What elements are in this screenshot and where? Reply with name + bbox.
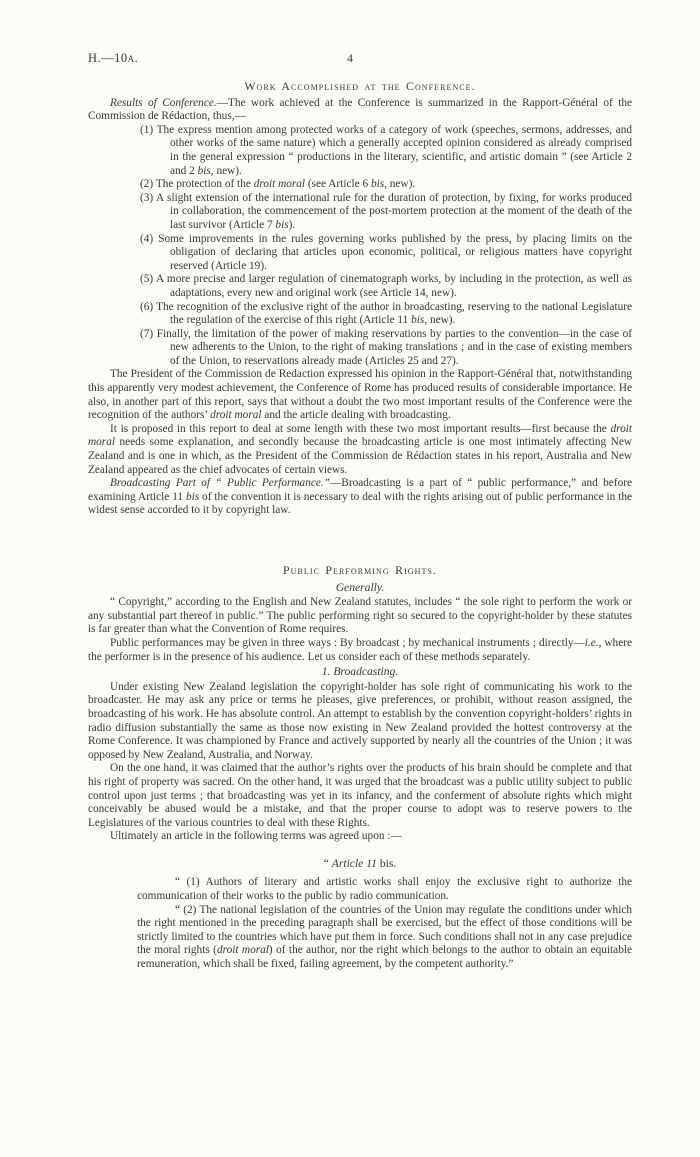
list-item-text: A more precise and larger regulation of … bbox=[156, 273, 632, 299]
list-item-text: A slight extension of the international … bbox=[156, 192, 632, 231]
paragraph-ultimately-agreed: Ultimately an article in the following t… bbox=[88, 830, 632, 844]
paragraph-under-existing-legislation: Under existing New Zealand legislation t… bbox=[88, 681, 632, 763]
list-item-6: (6) The recognition of the exclusive rig… bbox=[88, 301, 632, 328]
page-header: H.—10a. 4 bbox=[88, 52, 632, 70]
document-page: H.—10a. 4 Work Accomplished at the Confe… bbox=[0, 0, 700, 1157]
page-number: 4 bbox=[88, 52, 612, 66]
results-list: (1) The express mention among protected … bbox=[88, 124, 632, 369]
quote-heading-article-11-bis: “ Article 11 bis. bbox=[88, 857, 632, 871]
paragraph-president-opinion: The President of the Commission de Redac… bbox=[88, 368, 632, 422]
list-item-text: Finally, the limitation of the power of … bbox=[157, 328, 632, 367]
list-item-text: The recognition of the exclusive right o… bbox=[156, 301, 632, 327]
list-item-4: (4) Some improvements in the rules gover… bbox=[88, 233, 632, 274]
section-heading-public-performing-rights: Public Performing Rights. bbox=[88, 564, 632, 578]
subheading-generally: Generally. bbox=[88, 581, 632, 595]
paragraph-on-the-one-hand: On the one hand, it was claimed that the… bbox=[88, 762, 632, 830]
list-item-text: The protection of the droit moral (see A… bbox=[156, 178, 415, 190]
list-item-5: (5) A more precise and larger regulation… bbox=[88, 273, 632, 300]
section-heading-work-accomplished: Work Accomplished at the Conference. bbox=[88, 80, 632, 94]
list-item-number: (7) bbox=[140, 328, 153, 340]
paragraph-copyright-definition: “ Copyright,” according to the English a… bbox=[88, 596, 632, 637]
list-item-number: (3) bbox=[140, 192, 153, 204]
list-item-3: (3) A slight extension of the internatio… bbox=[88, 192, 632, 233]
list-item-1: (1) The express mention among protected … bbox=[88, 124, 632, 178]
subheading-broadcasting: 1. Broadcasting. bbox=[88, 665, 632, 679]
paragraph-broadcasting-part: Broadcasting Part of “ Public Performanc… bbox=[88, 477, 632, 518]
list-item-text: Some improvements in the rules governing… bbox=[158, 233, 632, 272]
paragraph-results-of-conference: Results of Conference.—The work achieved… bbox=[88, 97, 632, 124]
list-item-2: (2) The protection of the droit moral (s… bbox=[88, 178, 632, 192]
paragraph-three-ways: Public performances may be given in thre… bbox=[88, 637, 632, 664]
list-item-7: (7) Finally, the limitation of the power… bbox=[88, 328, 632, 369]
list-item-number: (2) bbox=[140, 178, 153, 190]
quote-paragraph-1: “ (1) Authors of literary and artistic w… bbox=[137, 876, 632, 903]
list-item-number: (5) bbox=[140, 273, 153, 285]
list-item-number: (1) bbox=[140, 124, 153, 136]
list-item-number: (4) bbox=[140, 233, 153, 245]
paragraph-proposed-in-report: It is proposed in this report to deal at… bbox=[88, 423, 632, 477]
list-item-text: The express mention among protected work… bbox=[157, 124, 632, 177]
quote-paragraph-2: “ (2) The national legislation of the co… bbox=[137, 904, 632, 972]
list-item-number: (6) bbox=[140, 301, 153, 313]
